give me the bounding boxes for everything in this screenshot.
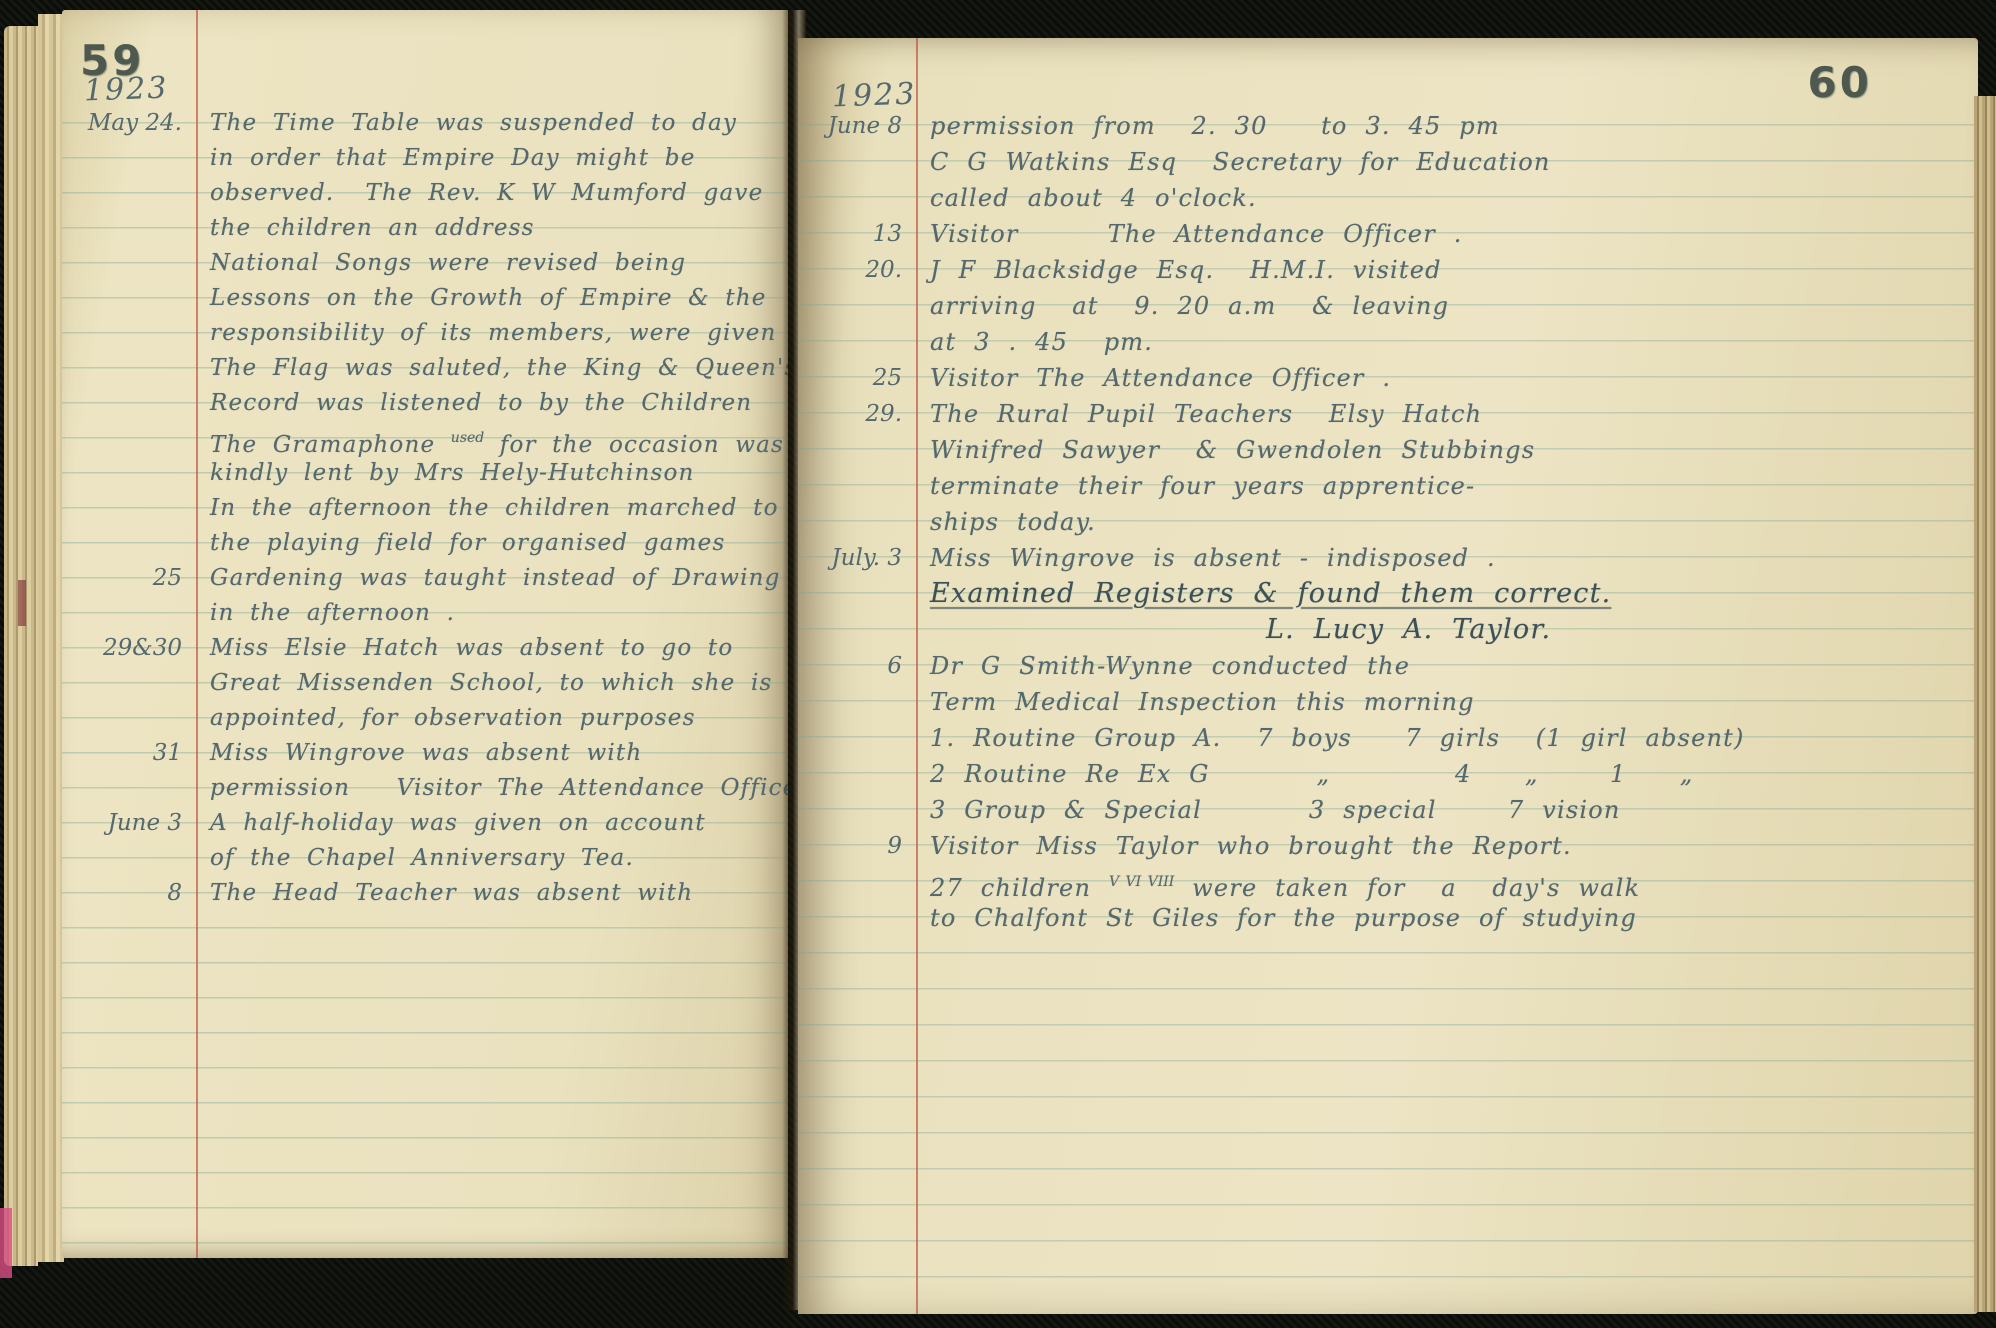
entry-line: Great Missenden School, to which she is [196,666,782,701]
entry-date: 20. [798,252,916,360]
entry-line: Term Medical Inspection this morning [916,684,1974,720]
entry-line: 2 Routine Re Ex G „ 4 „ 1 „ [916,756,1974,792]
entry-date: 29. [798,396,916,540]
entry-line: responsibility of its members, were give… [196,316,782,351]
entry-body: The Head Teacher was absent with [196,876,782,911]
entry-line: at 3 . 45 pm. [916,324,1974,360]
entry-body: J F Blacksidge Esq. H.M.I. visitedarrivi… [916,252,1974,360]
log-entry: 29&30Miss Elsie Hatch was absent to go t… [62,631,782,736]
entry-date: 9 [798,828,916,936]
entry-line: 3 Group & Special 3 special 7 vision [916,792,1974,828]
log-entry: 25Visitor The Attendance Officer . [798,360,1974,396]
binding-fleck [18,580,26,626]
entry-line: ships today. [916,504,1974,540]
logbook-scan: 59 1923 May 24.The Time Table was suspen… [0,0,1996,1328]
page-59: 59 1923 May 24.The Time Table was suspen… [62,10,788,1258]
entry-line: Visitor The Attendance Officer . [916,360,1974,396]
entry-line: to Chalfont St Giles for the purpose of … [916,900,1974,936]
entry-body: Visitor The Attendance Officer . [916,360,1974,396]
entry-date: 8 [62,876,196,911]
entry-date: June 8 [798,108,916,216]
entry-line: The Flag was saluted, the King & Queen's [196,351,782,386]
log-entry: 6Dr G Smith-Wynne conducted theTerm Medi… [798,648,1974,828]
entry-line: Examined Registers & found them correct. [916,576,1974,612]
entry-line: appointed, for observation purposes [196,701,782,736]
entry-body: Visitor The Attendance Officer . [916,216,1974,252]
entry-line: In the afternoon the children marched to [196,491,782,526]
page-edges-right [1974,96,1996,1312]
entry-date: June 3 [62,806,196,876]
log-entry: May 24.The Time Table was suspended to d… [62,106,782,561]
log-entries: May 24.The Time Table was suspended to d… [62,106,782,911]
entry-line: J F Blacksidge Esq. H.M.I. visited [916,252,1974,288]
entry-line: The Head Teacher was absent with [196,876,782,911]
entry-line: L. Lucy A. Taylor. [916,612,1974,648]
entry-line: in the afternoon . [196,596,782,631]
page-60: 60 1923 June 8permission from 2. 30 to 3… [798,38,1978,1314]
entry-line: Visitor The Attendance Officer . [916,216,1974,252]
log-entry: 29.The Rural Pupil Teachers Elsy HatchWi… [798,396,1974,540]
entry-date: 31 [62,736,196,806]
entry-date: July. 3 [798,540,916,648]
entry-line: Miss Elsie Hatch was absent to go to [196,631,782,666]
entry-line: called about 4 o'clock. [916,180,1974,216]
log-entry: June 3A half-holiday was given on accoun… [62,806,782,876]
entry-body: Miss Elsie Hatch was absent to go toGrea… [196,631,782,736]
log-entry: 25Gardening was taught instead of Drawin… [62,561,782,631]
entry-date: 25 [798,360,916,396]
page-edges-left [4,26,38,1266]
entry-line: A half-holiday was given on account [196,806,782,841]
entry-line: of the Chapel Anniversary Tea. [196,841,782,876]
entry-line: The Time Table was suspended to day [196,106,782,141]
log-entry: 13Visitor The Attendance Officer . [798,216,1974,252]
entry-body: Miss Wingrove was absent withpermission … [196,736,782,806]
entry-line: Miss Wingrove is absent - indisposed . [916,540,1974,576]
entry-line: The Gramaphone used for the occasion was [196,421,782,456]
entry-line: kindly lent by Mrs Hely-Hutchinson [196,456,782,491]
entry-line: the children an address [196,211,782,246]
interlinear-insertion: used [451,430,484,446]
entry-date: May 24. [62,106,196,561]
entry-line: permission from 2. 30 to 3. 45 pm [916,108,1974,144]
interlinear-insertion: V VI VIII [1109,874,1174,890]
entry-date: 6 [798,648,916,828]
log-entry: July. 3Miss Wingrove is absent - indispo… [798,540,1974,648]
entry-body: Visitor Miss Taylor who brought the Repo… [916,828,1974,936]
entry-body: A half-holiday was given on accountof th… [196,806,782,876]
page-edges-left-inner [38,14,64,1262]
log-entry: June 8permission from 2. 30 to 3. 45 pmC… [798,108,1974,216]
entry-body: Gardening was taught instead of Drawingi… [196,561,782,631]
entry-body: The Time Table was suspended to dayin or… [196,106,782,561]
entry-line: Record was listened to by the Children [196,386,782,421]
entry-body: permission from 2. 30 to 3. 45 pmC G Wat… [916,108,1974,216]
entry-date: 25 [62,561,196,631]
entry-line: terminate their four years apprentice- [916,468,1974,504]
entry-line: Dr G Smith-Wynne conducted the [916,648,1974,684]
entry-line: Gardening was taught instead of Drawing [196,561,782,596]
entry-body: The Rural Pupil Teachers Elsy HatchWinif… [916,396,1974,540]
entry-date: 13 [798,216,916,252]
entry-line: observed. The Rev. K W Mumford gave [196,176,782,211]
entry-line: in order that Empire Day might be [196,141,782,176]
entry-line: Visitor Miss Taylor who brought the Repo… [916,828,1974,864]
entry-body: Miss Wingrove is absent - indisposed .Ex… [916,540,1974,648]
entry-line: the playing field for organised games [196,526,782,561]
log-entry: 8The Head Teacher was absent with [62,876,782,911]
entry-line: arriving at 9. 20 a.m & leaving [916,288,1974,324]
entry-line: Lessons on the Growth of Empire & the [196,281,782,316]
log-entry: 31Miss Wingrove was absent withpermissio… [62,736,782,806]
entry-body: Dr G Smith-Wynne conducted theTerm Medic… [916,648,1974,828]
entry-date: 29&30 [62,631,196,736]
entry-line: Winifred Sawyer & Gwendolen Stubbings [916,432,1974,468]
log-entries: June 8permission from 2. 30 to 3. 45 pmC… [798,108,1974,936]
entry-line: Miss Wingrove was absent with [196,736,782,771]
entry-line: The Rural Pupil Teachers Elsy Hatch [916,396,1974,432]
page-number-stamp: 60 [1808,58,1872,107]
entry-line: 1. Routine Group A. 7 boys 7 girls (1 gi… [916,720,1974,756]
log-entry: 9Visitor Miss Taylor who brought the Rep… [798,828,1974,936]
entry-line: permission Visitor The Attendance Office… [196,771,782,806]
log-entry: 20.J F Blacksidge Esq. H.M.I. visitedarr… [798,252,1974,360]
entry-line: C G Watkins Esq Secretary for Education [916,144,1974,180]
bookmark-ribbon [0,1208,12,1278]
entry-line: 27 children V VI VIII were taken for a d… [916,864,1974,900]
year-label: 1923 [83,71,169,109]
entry-line: National Songs were revised being [196,246,782,281]
